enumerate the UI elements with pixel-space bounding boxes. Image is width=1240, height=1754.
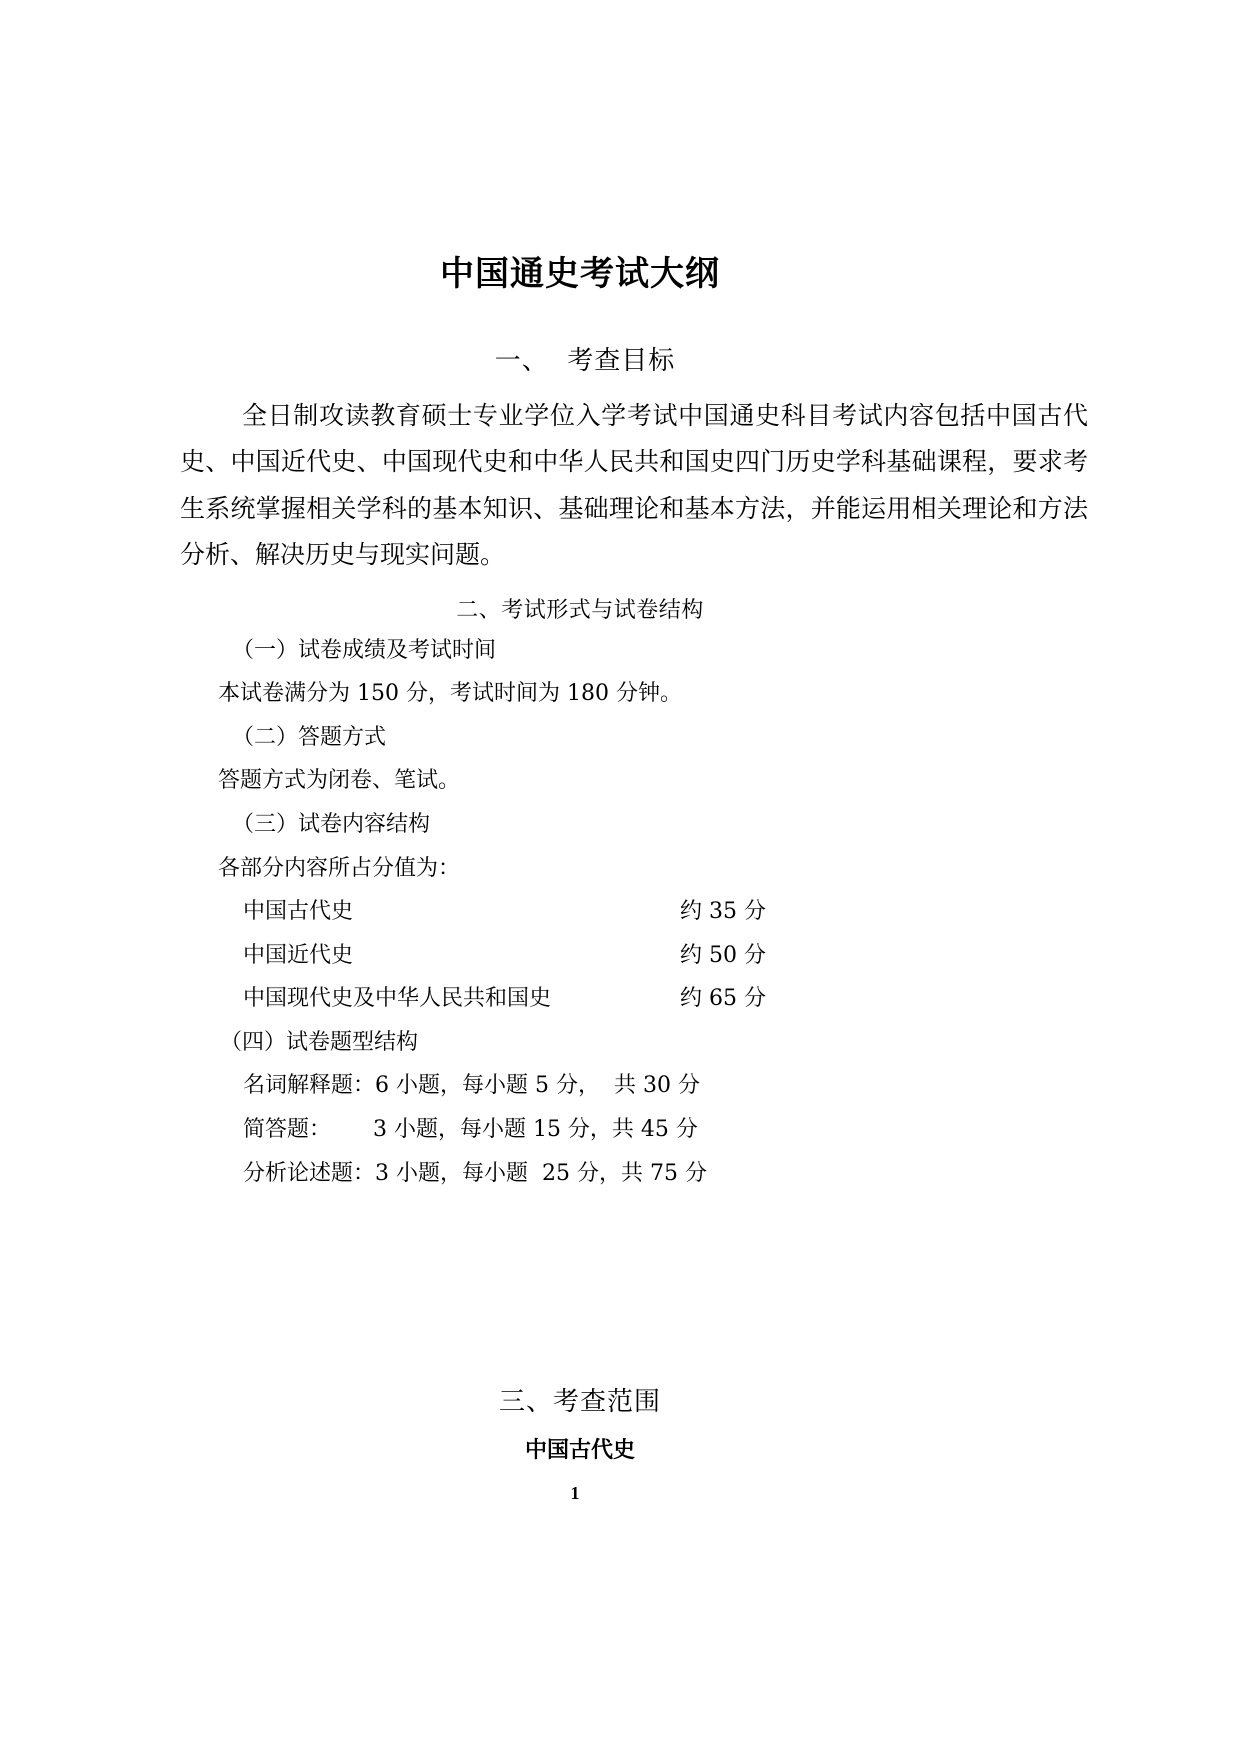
distribution-subject: 中国现代史及中华人民共和国史 bbox=[243, 985, 551, 1013]
distribution-score: 约 50 分 bbox=[680, 942, 766, 970]
subsection-heading-score-time: （一）试卷成绩及考试时间 bbox=[232, 637, 496, 665]
paragraph-line: 全日制攻读教育硕士专业学位入学考试中国通史科目考试内容包括中国古代 bbox=[180, 393, 1088, 439]
distribution-subject: 中国近代史 bbox=[243, 942, 353, 970]
content-structure-intro: 各部分内容所占分值为： bbox=[218, 855, 460, 883]
document-title: 中国通史考试大纲 bbox=[0, 246, 1160, 295]
distribution-score: 约 65 分 bbox=[680, 985, 766, 1013]
distribution-subject: 中国古代史 bbox=[243, 898, 353, 926]
score-time-text: 本试卷满分为 150 分，考试时间为 180 分钟。 bbox=[218, 680, 682, 708]
answer-method-text: 答题方式为闭卷、笔试。 bbox=[218, 767, 460, 795]
paragraph-line: 生系统掌握相关学科的基本知识、基础理论和基本方法，并能运用相关理论和方法 bbox=[180, 486, 1088, 532]
distribution-score: 约 35 分 bbox=[680, 898, 766, 926]
paragraph-line: 史、中国近代史、中国现代史和中华人民共和国史四门历史学科基础课程，要求考 bbox=[180, 439, 1088, 485]
question-type-line: 分析论述题：3 小题，每小题 25 分，共 75 分 bbox=[243, 1160, 707, 1188]
question-type-line: 名词解释题：6 小题，每小题 5 分， 共 30 分 bbox=[243, 1072, 700, 1100]
page-number: 1 bbox=[0, 1483, 1150, 1504]
objectives-paragraph: 全日制攻读教育硕士专业学位入学考试中国通史科目考试内容包括中国古代 史、中国近代… bbox=[180, 393, 1088, 578]
section-heading-exam-format: 二、考试形式与试卷结构 bbox=[0, 593, 1160, 624]
subsection-heading-content-structure: （三）试卷内容结构 bbox=[232, 811, 430, 839]
paragraph-line: 分析、解决历史与现实问题。 bbox=[180, 532, 1088, 578]
scope-subheading-ancient-history: 中国古代史 bbox=[0, 1433, 1160, 1464]
subsection-heading-answer-method: （二）答题方式 bbox=[232, 724, 386, 752]
question-type-line: 简答题： 3 小题，每小题 15 分，共 45 分 bbox=[243, 1116, 698, 1144]
section-heading-objectives: 一、 考查目标 bbox=[0, 340, 1170, 377]
section-heading-scope: 三、考查范围 bbox=[0, 1381, 1160, 1418]
subsection-heading-question-types: （四）试卷题型结构 bbox=[220, 1029, 418, 1057]
